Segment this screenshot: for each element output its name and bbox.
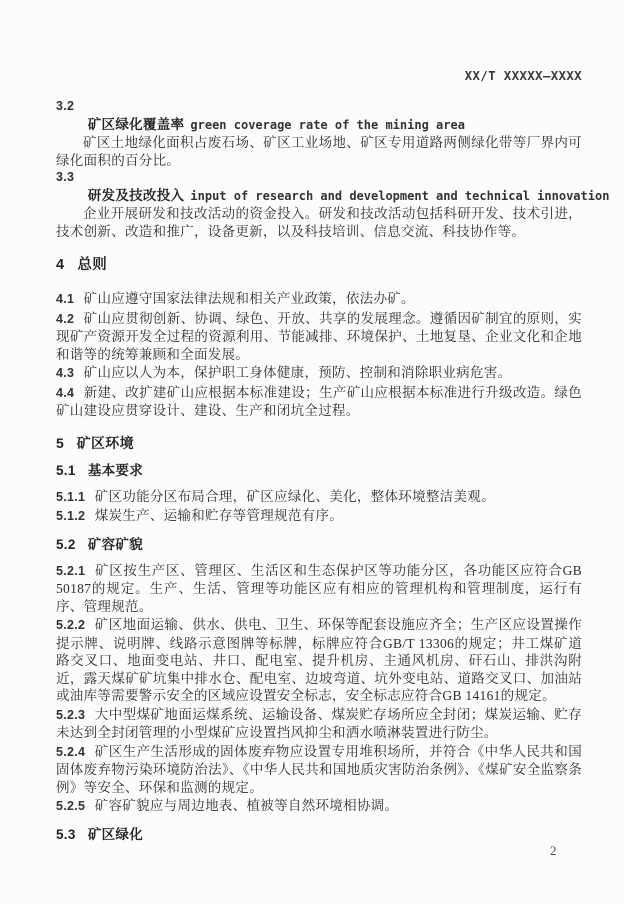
clause-5-2-5: 5.2.5矿容矿貌应与周边地表、植被等自然环境相协调。 — [56, 797, 582, 816]
clause-text: 矿山应以人为本，保护职工身体健康，预防、控制和消除职业病危害。 — [84, 365, 512, 380]
clause-text: 新建、改扩建矿山应根据本标准建设；生产矿山应根据本标准进行升级改造。绿色矿山建设… — [56, 385, 582, 419]
section-5-number: 5 — [56, 435, 64, 451]
clause-number: 4.4 — [56, 386, 74, 400]
section-5-1-number: 5.1 — [56, 463, 76, 478]
section-5-1-title: 基本要求 — [88, 463, 143, 478]
clause-number: 4.2 — [56, 312, 74, 326]
term-title: 矿区绿化覆盖率green coverage rate of the mining… — [56, 116, 582, 135]
term-title-en: green coverage rate of the mining area — [190, 118, 465, 132]
section-5-3-title: 矿区绿化 — [88, 827, 143, 842]
clause-5-1-2: 5.1.2煤炭生产、运输和贮存等管理规范有序。 — [56, 507, 582, 526]
clause-4-2: 4.2矿山应贯彻创新、协调、绿色、开放、共享的发展理念。遵循因矿制宜的原则，实现… — [56, 310, 582, 364]
header-doc-code: XX/T XXXXX—XXXX — [56, 68, 582, 84]
term-title-zh: 矿区绿化覆盖率 — [88, 117, 185, 132]
clause-5-2-2: 5.2.2矿区地面运输、供水、供电、卫生、环保等配套设施应齐全；生产区应设置操作… — [56, 616, 582, 705]
page-number: 2 — [550, 843, 557, 859]
clause-4-3: 4.3矿山应以人为本，保护职工身体健康，预防、控制和消除职业病危害。 — [56, 364, 582, 383]
section-5-title: 矿区环境 — [77, 435, 134, 451]
section-5-2-number: 5.2 — [56, 537, 76, 552]
clause-text: 矿容矿貌应与周边地表、植被等自然环境相协调。 — [95, 798, 399, 813]
section-5-heading: 5矿区环境 — [56, 434, 582, 452]
clause-number: 5.2.3 — [56, 708, 85, 722]
term-definition: 企业开展研发和技改活动的资金投入。研发和技改活动包括科研开发、技术引进，技术创新… — [56, 205, 582, 240]
clause-number: 5.2.2 — [56, 618, 85, 632]
term-definition: 矿区土地绿化面积占废石场、矿区工业场地、矿区专用道路两侧绿化带等厂界内可绿化面积… — [56, 134, 582, 169]
section-5-1-heading: 5.1基本要求 — [56, 462, 582, 480]
section-4-heading: 4总则 — [56, 256, 582, 274]
term-title-en: input of research and development and te… — [190, 189, 609, 203]
section-4-number: 4 — [56, 257, 64, 273]
clause-number: 4.3 — [56, 366, 74, 380]
term-title: 研发及技改投入input of research and development… — [56, 187, 582, 206]
clause-text: 煤炭生产、运输和贮存等管理规范有序。 — [95, 508, 343, 523]
term-block-3-3: 3.3 研发及技改投入input of research and develop… — [56, 169, 582, 240]
clause-5-2-4: 5.2.4矿区生产生活形成的固体废弃物应设置专用堆积场所，并符合《中华人民共和国… — [56, 743, 582, 797]
section-5-2-title: 矿容矿貌 — [88, 537, 143, 552]
clause-number: 5.1.1 — [56, 490, 85, 504]
clause-text: 大中型煤矿地面运煤系统、运输设备、煤炭贮存场所应全封闭；煤炭运输、贮存未达到全封… — [56, 707, 582, 741]
term-number: 3.3 — [56, 169, 582, 187]
section-5-2-heading: 5.2矿容矿貌 — [56, 536, 582, 554]
clause-text: 矿山应贯彻创新、协调、绿色、开放、共享的发展理念。遵循因矿制宜的原则，实现矿产资… — [56, 311, 582, 362]
clause-5-2-3: 5.2.3大中型煤矿地面运煤系统、运输设备、煤炭贮存场所应全封闭；煤炭运输、贮存… — [56, 706, 582, 742]
clause-text: 矿区地面运输、供水、供电、卫生、环保等配套设施应齐全；生产区应设置操作提示牌、说… — [56, 617, 582, 703]
clause-5-1-1: 5.1.1矿区功能分区布局合理，矿区应绿化、美化，整体环境整洁美观。 — [56, 488, 582, 507]
clause-text: 矿区功能分区布局合理，矿区应绿化、美化，整体环境整洁美观。 — [95, 489, 495, 504]
clause-5-2-1: 5.2.1矿区按生产区、管理区、生活区和生态保护区等功能分区，各功能区应符合GB… — [56, 562, 582, 616]
document-page: XX/T XXXXX—XXXX 3.2 矿区绿化覆盖率green coverag… — [0, 0, 624, 904]
clause-text: 矿区按生产区、管理区、生活区和生态保护区等功能分区，各功能区应符合GB 5018… — [56, 563, 582, 614]
page-content: XX/T XXXXX—XXXX 3.2 矿区绿化覆盖率green coverag… — [56, 68, 582, 852]
term-title-zh: 研发及技改投入 — [88, 188, 185, 203]
clause-number: 5.2.5 — [56, 799, 85, 813]
clause-number: 5.1.2 — [56, 509, 85, 523]
term-block-3-2: 3.2 矿区绿化覆盖率green coverage rate of the mi… — [56, 98, 582, 169]
clause-number: 5.2.4 — [56, 745, 85, 759]
section-4-title: 总则 — [77, 257, 107, 273]
clause-text: 矿山应遵守国家法律法规和相关产业政策，依法办矿。 — [84, 291, 415, 306]
clause-number: 5.2.1 — [56, 564, 85, 578]
section-5-3-heading: 5.3矿区绿化 — [56, 826, 582, 844]
clause-4-1: 4.1矿山应遵守国家法律法规和相关产业政策，依法办矿。 — [56, 290, 582, 309]
clause-number: 4.1 — [56, 292, 74, 306]
section-5-3-number: 5.3 — [56, 827, 76, 842]
term-number: 3.2 — [56, 98, 582, 116]
clause-text: 矿区生产生活形成的固体废弃物应设置专用堆积场所，并符合《中华人民共和国固体废弃物… — [56, 744, 582, 795]
clause-4-4: 4.4新建、改扩建矿山应根据本标准建设；生产矿山应根据本标准进行升级改造。绿色矿… — [56, 384, 582, 420]
